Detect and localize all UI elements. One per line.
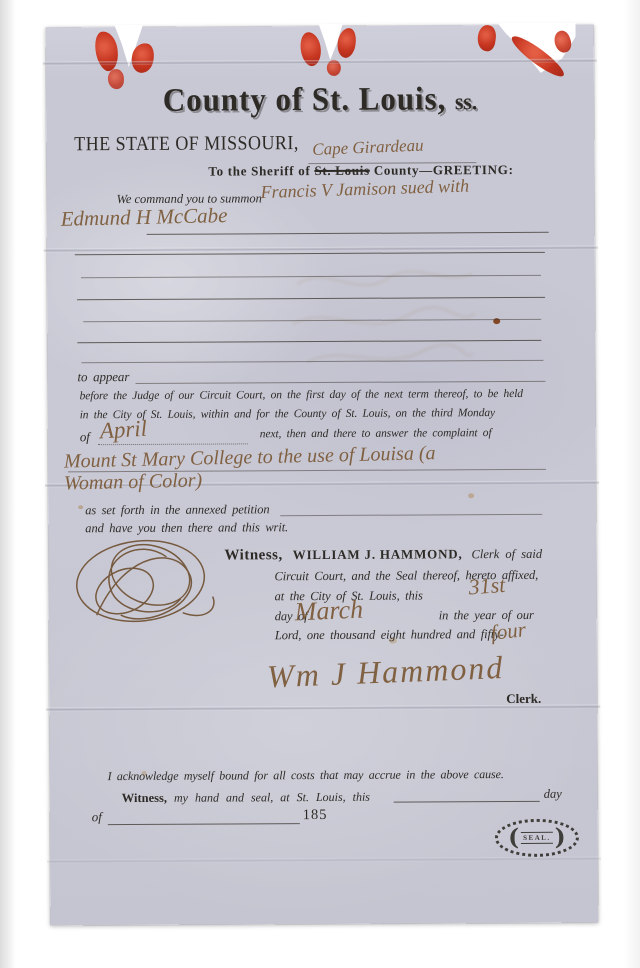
county-heading: County of St. Louis, ss. [62, 81, 577, 121]
seal-left-brace-icon: ( [508, 828, 519, 849]
plaintiff-line-2: Woman of Color) [64, 469, 203, 495]
blank-rule [280, 514, 542, 516]
of-bottom-label: of [92, 809, 102, 825]
witness-label: Witness, [224, 547, 282, 563]
acknowledgment-line-2: my hand and seal, at St. Louis, this [171, 790, 370, 805]
term-month-underline [98, 442, 248, 445]
month-handwritten: March [294, 595, 364, 628]
sheriff-struck-county: St. Louis [314, 163, 370, 178]
wax-seal-remnant [92, 29, 122, 73]
blank-rule [394, 801, 540, 803]
annexed-line: as set forth in the annexed petition [85, 502, 269, 518]
blank-rule [147, 232, 549, 235]
attestation-line-5: Lord, one thousand eight hundred and fif… [275, 627, 504, 643]
clerk-name: WILLIAM J. HAMMOND, [287, 546, 463, 562]
foxing-stain [78, 505, 83, 509]
fold-crease [47, 857, 601, 864]
seal-stamp: ( SEAL. ) [495, 819, 579, 857]
county-heading-ss: ss. [455, 89, 477, 114]
to-appear-label: to appear [77, 369, 129, 385]
clerk-pen-flourish [62, 532, 233, 635]
appearance-line-1: before the Judge of our Circuit Court, o… [80, 388, 523, 402]
acknowledgment-line: I acknowledge myself bound for all costs… [108, 767, 504, 784]
state-line: THE STATE OF MISSOURI, [74, 132, 299, 156]
blank-rule [108, 823, 300, 825]
year-prefix: 185 [303, 807, 328, 824]
term-month-handwritten: April [99, 416, 148, 445]
clerk-label: Clerk. [506, 691, 541, 707]
wax-seal-remnant [476, 24, 497, 52]
foxing-stain [468, 493, 474, 498]
day-bottom-label: day [544, 787, 562, 802]
appearance-line-3: next, then and there to answer the compl… [260, 427, 492, 440]
seal-text: SEAL. [521, 832, 553, 844]
year-handwritten: four [490, 617, 528, 646]
day-handwritten: 31st [468, 572, 507, 601]
scanned-document: County of St. Louis, ss. THE STATE OF MI… [0, 0, 640, 968]
clerk-signature: Wm J Hammond [266, 649, 505, 695]
attestation-line-1-end: Clerk of said [466, 547, 542, 561]
defendant-name-2: Edmund H McCabe [60, 203, 227, 232]
appearance-of-label: of [80, 429, 90, 445]
seal-right-brace-icon: ) [555, 827, 566, 848]
county-heading-text: County of St. Louis, [163, 81, 447, 118]
witness-bottom-label: Witness, [122, 791, 167, 805]
acknowledgment-witness-line: Witness, my hand and seal, at St. Louis,… [122, 788, 370, 807]
fold-crease [43, 59, 597, 66]
defendant-name-1: Francis V Jamison sued with [260, 175, 469, 203]
attestation-line-1: Witness, WILLIAM J. HAMMOND, Clerk of sa… [224, 545, 542, 565]
sheriff-prefix: To the Sheriff of [208, 163, 314, 179]
venue-handwritten: Cape Girardeau [312, 136, 424, 160]
summons-paper: County of St. Louis, ss. THE STATE OF MI… [46, 25, 599, 926]
